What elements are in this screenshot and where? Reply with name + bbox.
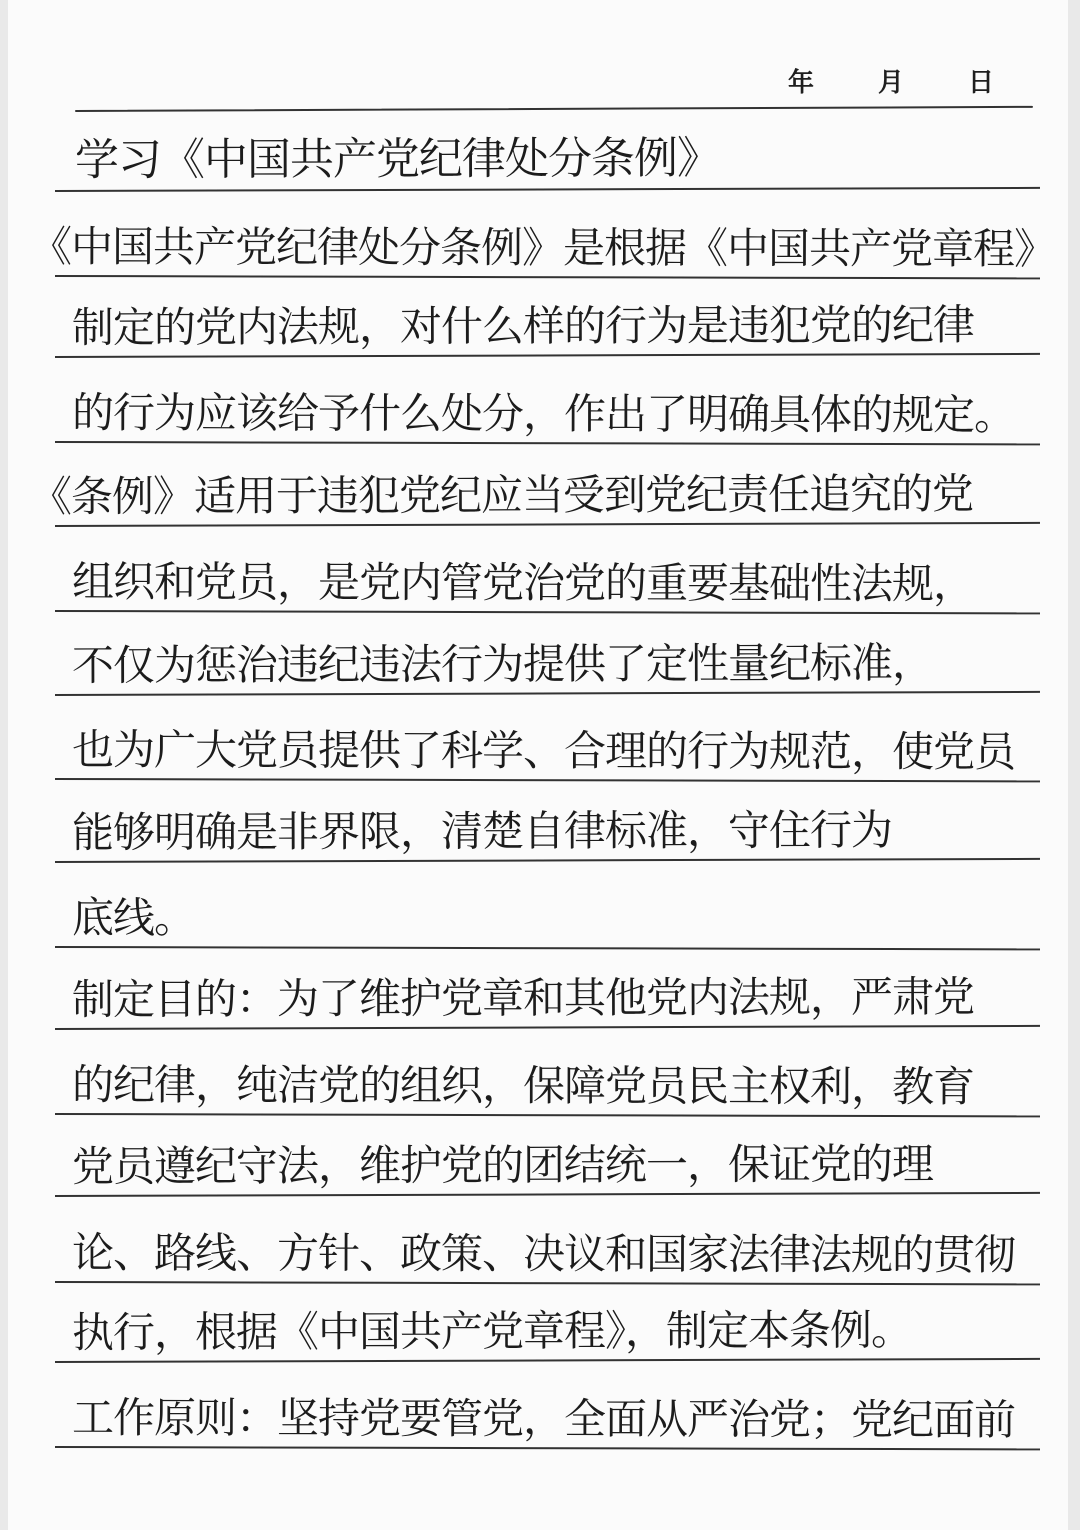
page-left-edge <box>0 0 8 1530</box>
handwritten-text: 底线。 <box>72 897 195 946</box>
handwritten-text: 《中国共产党纪律处分条例》是根据《中国共产党章程》 <box>30 226 1055 278</box>
date-header: 年 月 日 <box>788 62 994 99</box>
text-line: 的纪律，纯洁党的组织，保障党员民主权利，教育 <box>55 1037 1040 1117</box>
text-line: 执行，根据《中国共产党章程》，制定本条例。 <box>55 1282 1040 1363</box>
text-line: 党员遵纪守法，维护党的团结统一，保证党的理 <box>55 1116 1040 1197</box>
handwritten-text: 组织和党员，是党内管党治党的重要基础性法规， <box>72 561 974 612</box>
text-line: 制定目的：为了维护党章和其他党内法规，严肃党 <box>55 949 1040 1030</box>
month-label: 月 <box>878 62 904 99</box>
text-line: 也为广大党员提供了科学、合理的行为规范，使党员 <box>55 702 1040 782</box>
text-line: 《条例》适用于违犯党纪应当受到党纪责任追究的党 <box>55 446 1040 527</box>
handwritten-text: 工作原则：坚持党要管党，全面从严治党；党纪面前 <box>72 1397 1015 1448</box>
handwritten-text: 论、路线、方针、政策、决议和国家法律法规的贯彻 <box>72 1232 1015 1283</box>
year-label: 年 <box>788 62 814 99</box>
text-line-title: 学习《中国共产党纪律处分条例》 <box>55 111 1040 192</box>
handwritten-text: 《条例》适用于违犯党纪应当受到党纪责任追究的党 <box>30 473 973 525</box>
text-line: 论、路线、方针、政策、决议和国家法律法规的贯彻 <box>55 1205 1040 1285</box>
text-line: 的行为应该给予什么处分，作出了明确具体的规定。 <box>55 365 1040 445</box>
handwritten-text: 制定的党内法规，对什么样的行为是违犯党的纪律 <box>72 304 974 356</box>
page-right-edge <box>1068 0 1080 1530</box>
handwritten-text: 也为广大党员提供了科学、合理的行为规范，使党员 <box>72 729 1015 780</box>
handwritten-text: 的行为应该给予什么处分，作出了明确具体的规定。 <box>72 392 1015 443</box>
text-line: 不仅为惩治违纪违法行为提供了定性量纪标准， <box>55 615 1040 696</box>
handwritten-text: 不仅为惩治违纪违法行为提供了定性量纪标准， <box>72 642 933 694</box>
handwritten-text: 能够明确是非界限，清楚自律标准，守住行为 <box>72 809 892 861</box>
notebook-page: 年 月 日 学习《中国共产党纪律处分条例》 《中国共产党纪律处分条例》是根据《中… <box>0 0 1080 1530</box>
text-line: 组织和党员，是党内管党治党的重要基础性法规， <box>55 534 1040 614</box>
text-line: 能够明确是非界限，清楚自律标准，守住行为 <box>55 782 1040 863</box>
text-line: 制定的党内法规，对什么样的行为是违犯党的纪律 <box>55 277 1040 358</box>
handwritten-text: 的纪律，纯洁党的组织，保障党员民主权利，教育 <box>72 1064 974 1115</box>
handwritten-text: 制定目的：为了维护党章和其他党内法规，严肃党 <box>72 976 974 1028</box>
handwritten-text: 党员遵纪守法，维护党的团结统一，保证党的理 <box>72 1143 933 1195</box>
day-label: 日 <box>968 62 994 99</box>
text-line: 《中国共产党纪律处分条例》是根据《中国共产党章程》 <box>55 199 1040 279</box>
text-line: 底线。 <box>55 870 1040 950</box>
handwritten-text: 执行，根据《中国共产党章程》，制定本条例。 <box>72 1309 912 1361</box>
handwritten-text: 学习《中国共产党纪律处分条例》 <box>75 137 720 190</box>
text-line: 工作原则：坚持党要管党，全面从严治党；党纪面前 <box>55 1370 1040 1450</box>
